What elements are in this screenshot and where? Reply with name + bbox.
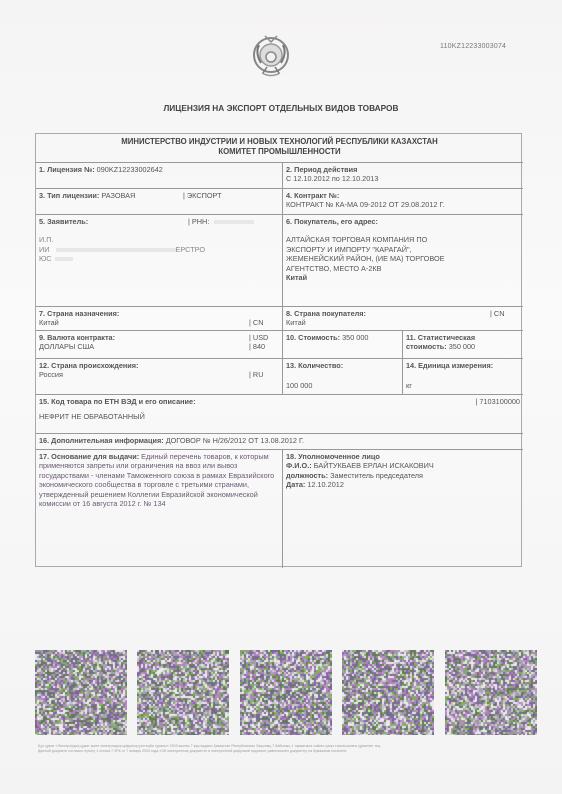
fio-value: БАЙТУКБАЕВ ЕРЛАН ИСКАКОВИЧ [314, 461, 434, 470]
field-label: 15. Код товара по ЕТН ВЭД и его описание… [39, 397, 520, 406]
field-value: кг [406, 381, 520, 390]
2d-barcode [342, 650, 434, 735]
committee-name: КОМИТЕТ ПРОМЫШЛЕННОСТИ [39, 147, 520, 157]
field-8-buyer-country: 8. Страна покупателя: Китай | CN [282, 306, 523, 330]
2d-barcode [137, 650, 229, 735]
field-value: ДОГОВОР № Н/26/2012 ОТ 13.08.2012 Г. [166, 436, 304, 445]
license-form: МИНИСТЕРСТВО ИНДУСТРИИ И НОВЫХ ТЕХНОЛОГИ… [35, 133, 522, 567]
field-value: РАЗОВАЯ [101, 191, 135, 200]
buyer-address-line: АГЕНТСТВО, МЕСТО А-2КВ [286, 264, 520, 273]
field-label: 18. Уполномоченное лицо [286, 452, 520, 461]
rnn-label: | РНН: [188, 217, 209, 226]
date-value: 12.10.2012 [307, 480, 344, 489]
2d-barcode [445, 650, 537, 735]
field-label: 3. Тип лицензии: [39, 191, 99, 200]
field-value: 090KZ12233002642 [97, 165, 163, 174]
document-number: 110KZ12233003074 [440, 43, 506, 50]
field-label: 6. Покупатель, его адрес: [286, 217, 520, 226]
field-value: ДОЛЛАРЫ США [39, 342, 279, 351]
commodity-code: | 7103100000 [475, 397, 520, 406]
field-value: Китай [39, 318, 279, 327]
field-value-secondary: | ЭКСПОРТ [183, 191, 222, 200]
field-value: Китай [286, 318, 520, 327]
field-value: С 12.10.2012 по 12.10.2013 [286, 174, 520, 183]
field-value: КОНТРАКТ № КА-МА 09-2012 ОТ 29.08.2012 Г… [286, 200, 520, 209]
field-label: 8. Страна покупателя: [286, 309, 520, 318]
field-10-value: 10. Стоимость: 350 000 [282, 330, 402, 358]
field-label: стоимость: [406, 342, 447, 351]
country-code: | RU [249, 370, 263, 379]
field-label: 5. Заявитель: [39, 217, 88, 226]
field-value: 100 000 [286, 381, 399, 390]
field-9-contract-currency: 9. Валюта контракта: ДОЛЛАРЫ США | USD |… [36, 330, 282, 358]
field-value: 350 000 [342, 333, 368, 342]
applicant-line-tail: ЕРСТРО [176, 245, 206, 254]
buyer-country: Китай [286, 273, 520, 282]
footer-line-ru: Данный документ согласно пункту 1 статьи… [38, 749, 528, 754]
country-code: | CN [490, 309, 504, 318]
buyer-address-line: ЖЕМЕНЕЙСКИЙ РАЙОН, (ИЕ МА) ТОРГОВОЕ [286, 254, 520, 263]
field-12-origin-country: 12. Страна происхождения: Россия | RU [36, 358, 282, 394]
field-value: Россия [39, 370, 279, 379]
field-5-applicant: 5. Заявитель: | РНН: И.П. ИИЕРСТРО ЮС [36, 214, 282, 306]
barcode-strip [35, 650, 525, 735]
fio-label: Ф.И.О.: [286, 461, 312, 470]
field-7-destination-country: 7. Страна назначения: Китай | CN [36, 306, 282, 330]
field-18-authorized-person: 18. Уполномоченное лицо Ф.И.О.: БАЙТУКБА… [282, 449, 523, 568]
position-value: Заместитель председателя [330, 471, 423, 480]
field-14-unit: 14. Единица измерения: кг [402, 358, 523, 394]
field-label: 10. Стоимость: [286, 333, 340, 342]
currency-numeric-code: | 840 [249, 342, 265, 351]
field-3-license-type: 3. Тип лицензии: РАЗОВАЯ | ЭКСПОРТ [36, 188, 282, 214]
2d-barcode [35, 650, 127, 735]
field-label: 13. Количество: [286, 361, 399, 370]
applicant-lines: И.П. ИИЕРСТРО ЮС [39, 235, 279, 263]
field-6-buyer: 6. Покупатель, его адрес: АЛТАЙСКАЯ ТОРГ… [282, 214, 523, 306]
redacted-text [55, 257, 73, 261]
ministry-name: МИНИСТЕРСТВО ИНДУСТРИИ И НОВЫХ ТЕХНОЛОГИ… [39, 137, 520, 147]
document-title: ЛИЦЕНЗИЯ НА ЭКСПОРТ ОТДЕЛЬНЫХ ВИДОВ ТОВА… [0, 103, 562, 113]
buyer-address-line: ЭКСПОРТУ И ИМПОРТУ "КАРАГАЙ", [286, 245, 520, 254]
field-label: 16. Дополнительная информация: [39, 436, 164, 445]
buyer-address-line: АЛТАЙСКАЯ ТОРГОВАЯ КОМПАНИЯ ПО [286, 235, 520, 244]
redacted-rnn [214, 220, 254, 224]
license-page: 110KZ12233003074 ЛИЦЕНЗИЯ НА ЭКСПОРТ ОТД… [0, 0, 562, 794]
2d-barcode [240, 650, 332, 735]
position-label: должность: [286, 471, 328, 480]
field-label: 4. Контракт №: [286, 191, 520, 200]
field-15-commodity-code: 15. Код товара по ЕТН ВЭД и его описание… [36, 394, 523, 433]
legal-footer: Бұл құжат «Электрондық құжат және электр… [38, 744, 528, 754]
field-label: 17. Основание для выдачи: [39, 452, 139, 461]
field-label: 9. Валюта контракта: [39, 333, 279, 342]
field-label: 14. Единица измерения: [406, 361, 520, 370]
field-label: 12. Страна происхождения: [39, 361, 279, 370]
field-2-validity-period: 2. Период действия С 12.10.2012 по 12.10… [282, 162, 523, 188]
applicant-line: ИИ [39, 245, 50, 254]
applicant-line: ЮС [39, 254, 52, 263]
field-label: 2. Период действия [286, 165, 520, 174]
commodity-description: НЕФРИТ НЕ ОБРАБОТАННЫЙ [39, 412, 520, 421]
field-label: 11. Статистическая [406, 333, 520, 342]
field-11-statistical-value: 11. Статистическая стоимость: 350 000 [402, 330, 523, 358]
field-16-additional-info: 16. Дополнительная информация: ДОГОВОР №… [36, 433, 523, 449]
state-emblem-icon [251, 33, 291, 83]
field-label: 7. Страна назначения: [39, 309, 279, 318]
field-label: 1. Лицензия №: [39, 165, 95, 174]
field-17-issuance-basis: 17. Основание для выдачи: Единый перечен… [36, 449, 282, 568]
country-code: | CN [249, 318, 263, 327]
field-1-license-number: 1. Лицензия №: 090KZ12233002642 [36, 162, 282, 188]
date-label: Дата: [286, 480, 305, 489]
currency-code: | USD [249, 333, 268, 342]
field-value: 350 000 [449, 342, 475, 351]
field-13-quantity: 13. Количество: 100 000 [282, 358, 402, 394]
field-4-contract: 4. Контракт №: КОНТРАКТ № КА-МА 09-2012 … [282, 188, 523, 214]
redacted-text [56, 248, 176, 252]
applicant-line: И.П. [39, 235, 54, 244]
issuer-header: МИНИСТЕРСТВО ИНДУСТРИИ И НОВЫХ ТЕХНОЛОГИ… [36, 134, 523, 162]
